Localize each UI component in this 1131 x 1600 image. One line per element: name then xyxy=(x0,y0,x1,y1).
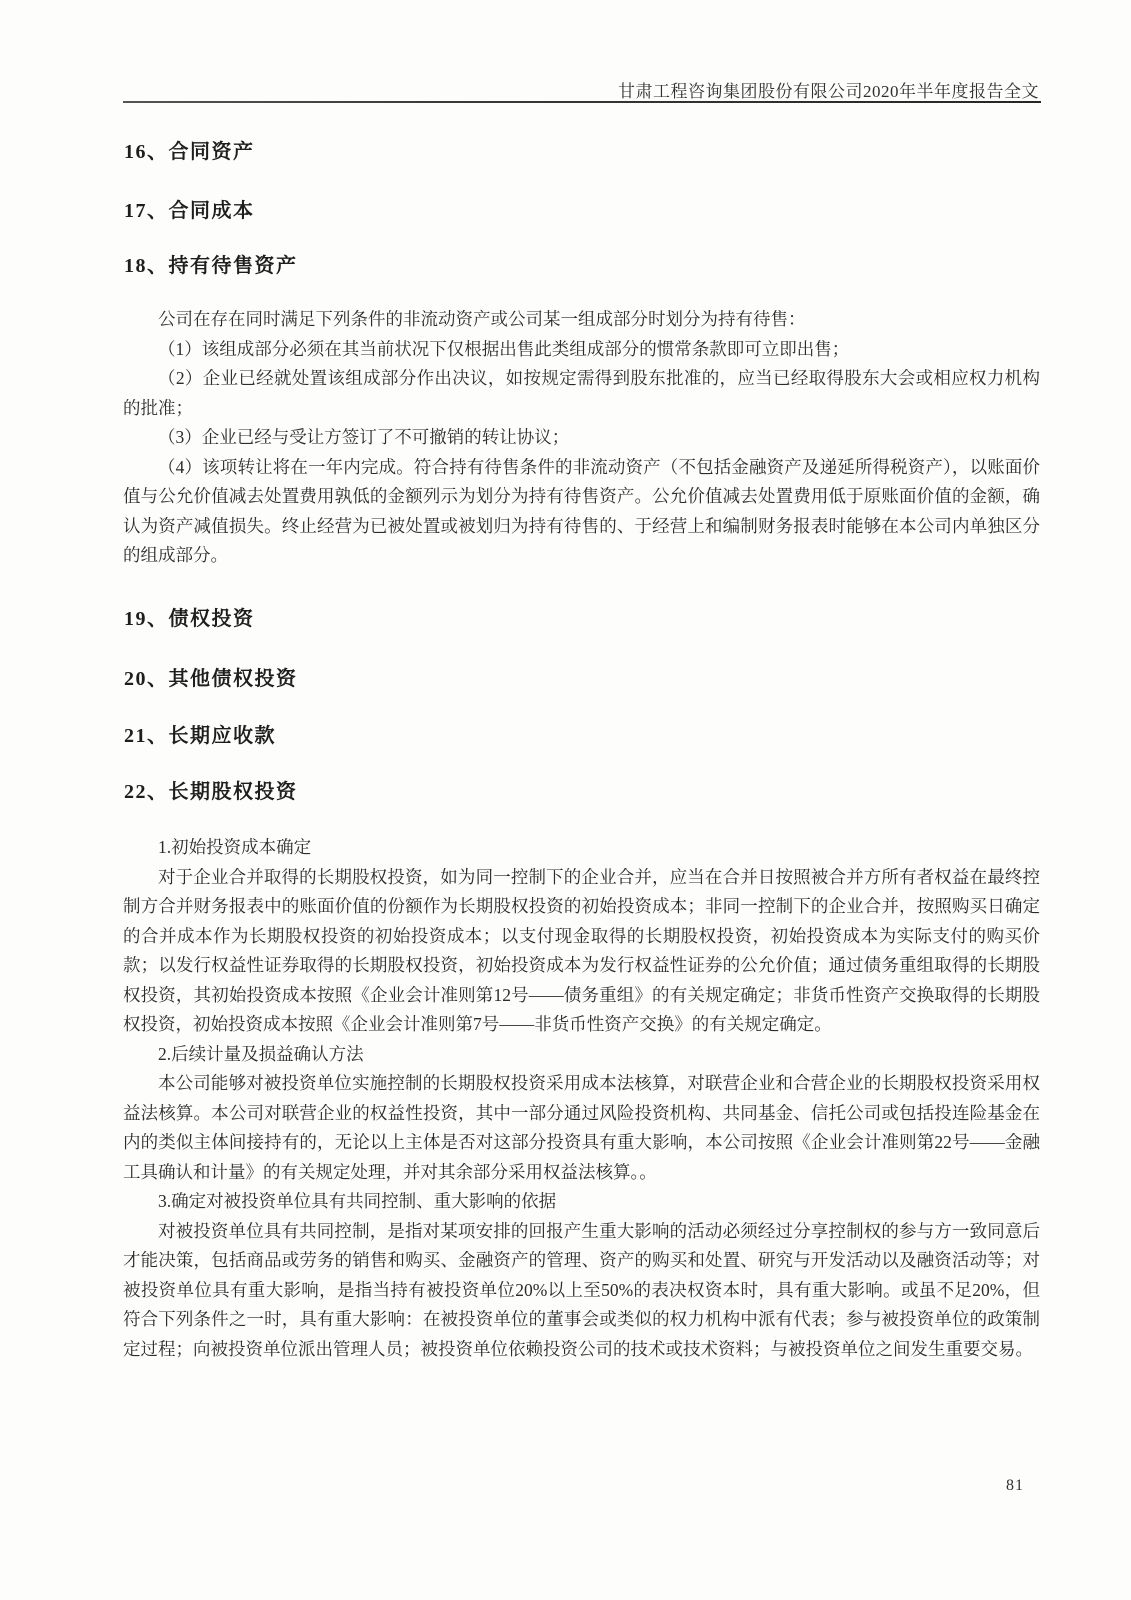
report-page: 甘肃工程咨询集团股份有限公司2020年半年度报告全文 16、合同资产 17、合同… xyxy=(0,0,1131,1600)
heading-16-contract-assets: 16、合同资产 xyxy=(124,135,255,164)
section-22-body: 1.初始投资成本确定 对于企业合并取得的长期股权投资，如为同一控制下的企业合并，… xyxy=(123,833,1040,1364)
paragraph: 公司在存在同时满足下列条件的非流动资产或公司某一组成部分时划分为持有待售： xyxy=(123,305,1040,335)
paragraph: （4）该项转让将在一年内完成。符合持有待售条件的非流动资产（不包括金融资产及递延… xyxy=(123,453,1040,571)
heading-18-held-for-sale-assets: 18、持有待售资产 xyxy=(124,249,298,278)
heading-22-long-term-equity-investments: 22、长期股权投资 xyxy=(124,775,298,804)
paragraph: 3.确定对被投资单位具有共同控制、重大影响的依据 xyxy=(123,1187,1040,1217)
heading-20-other-debt-investments: 20、其他债权投资 xyxy=(124,662,298,691)
paragraph: 2.后续计量及损益确认方法 xyxy=(123,1040,1040,1070)
header-divider xyxy=(123,101,1041,103)
heading-21-long-term-receivables: 21、长期应收款 xyxy=(124,719,276,748)
paragraph: （2）企业已经就处置该组成部分作出决议，如按规定需得到股东批准的，应当已经取得股… xyxy=(123,364,1040,423)
paragraph: 对被投资单位具有共同控制，是指对某项安排的回报产生重大影响的活动必须经过分享控制… xyxy=(123,1217,1040,1365)
paragraph: （3）企业已经与受让方签订了不可撤销的转让协议； xyxy=(123,423,1040,453)
paragraph: 对于企业合并取得的长期股权投资，如为同一控制下的企业合并，应当在合并日按照被合并… xyxy=(123,863,1040,1040)
heading-17-contract-costs: 17、合同成本 xyxy=(124,194,255,223)
section-18-body: 公司在存在同时满足下列条件的非流动资产或公司某一组成部分时划分为持有待售： （1… xyxy=(123,305,1040,571)
page-number: 81 xyxy=(1006,1477,1024,1495)
paragraph: （1）该组成部分必须在其当前状况下仅根据出售此类组成部分的惯常条款即可立即出售； xyxy=(123,335,1040,365)
paragraph: 1.初始投资成本确定 xyxy=(123,833,1040,863)
paragraph: 本公司能够对被投资单位实施控制的长期股权投资采用成本法核算，对联营企业和合营企业… xyxy=(123,1069,1040,1187)
heading-19-debt-investments: 19、债权投资 xyxy=(124,602,255,631)
report-header-title: 甘肃工程咨询集团股份有限公司2020年半年度报告全文 xyxy=(618,77,1039,102)
